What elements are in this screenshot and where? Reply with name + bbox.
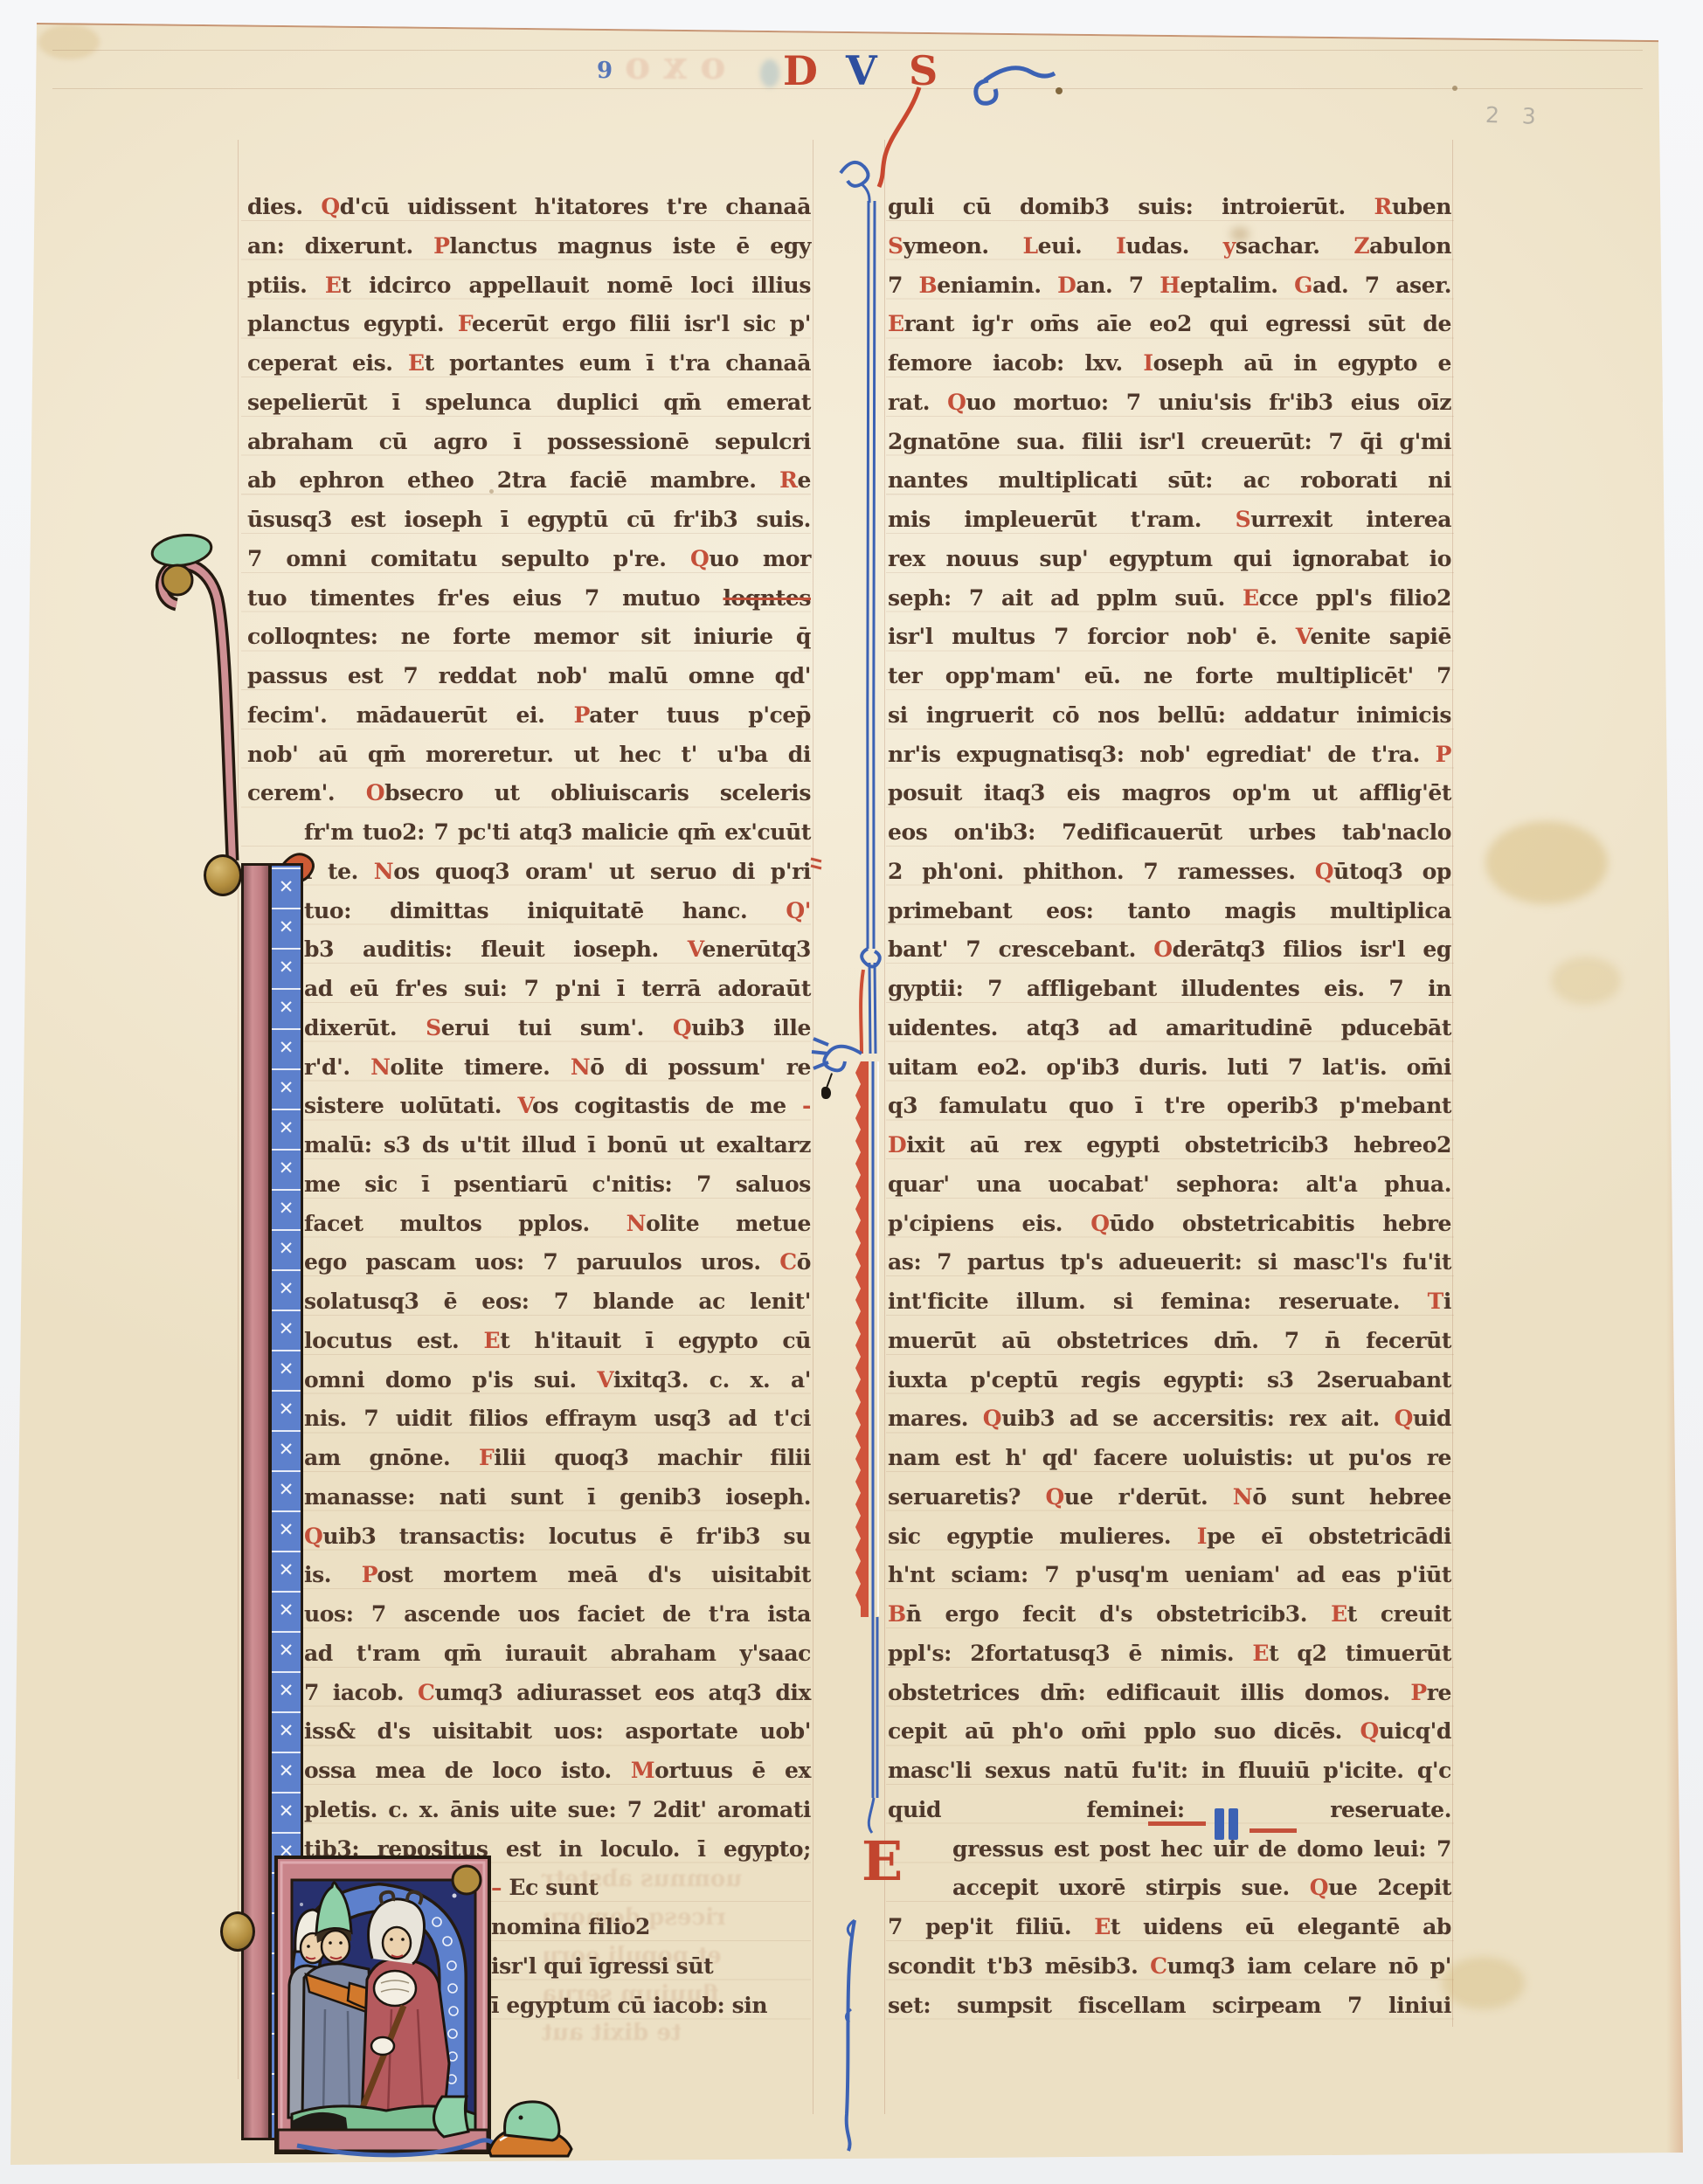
foxing-stain [1485, 821, 1608, 904]
chapter-initial-e: E [862, 1835, 903, 1889]
line-filler-red [1148, 1821, 1206, 1826]
dragon-eye [519, 2116, 523, 2120]
foxing-spot [1230, 227, 1250, 241]
figure-right-face [383, 1927, 411, 1959]
dragon-wing [433, 2097, 468, 2137]
ink-speck [1056, 87, 1063, 94]
show-through-line: fluuium serua [542, 1981, 719, 2008]
clasped-hands [374, 1971, 416, 2006]
frame-gold-knob [453, 1866, 481, 1894]
show-through-line: te dixit aut [542, 2020, 682, 2046]
show-through-line: ricesq domoru [542, 1904, 726, 1931]
line-filler-blue [1229, 1808, 1238, 1840]
historiated-initial [0, 0, 1703, 2184]
photograph: o x o 9 DVS 2 3 dies. Qd'cū uidissent h'… [0, 0, 1703, 2184]
foxing-stain [1442, 1957, 1525, 2009]
ink-speck [1452, 86, 1457, 91]
figure-middle-face [322, 1931, 350, 1962]
foxing-stain [1551, 957, 1621, 1005]
ink-speck [489, 489, 494, 494]
line-filler-red [1250, 1828, 1297, 1833]
show-through-line: uomnus abstetr [542, 1866, 742, 1892]
dragon-head [505, 2102, 559, 2140]
manuscript-leaf: o x o 9 DVS 2 3 dies. Qd'cū uidissent h'… [0, 0, 1703, 2184]
show-through-line: et populi eoru [542, 1943, 722, 1969]
hand-on-staff [371, 2037, 394, 2055]
line-filler-blue [1215, 1808, 1224, 1840]
